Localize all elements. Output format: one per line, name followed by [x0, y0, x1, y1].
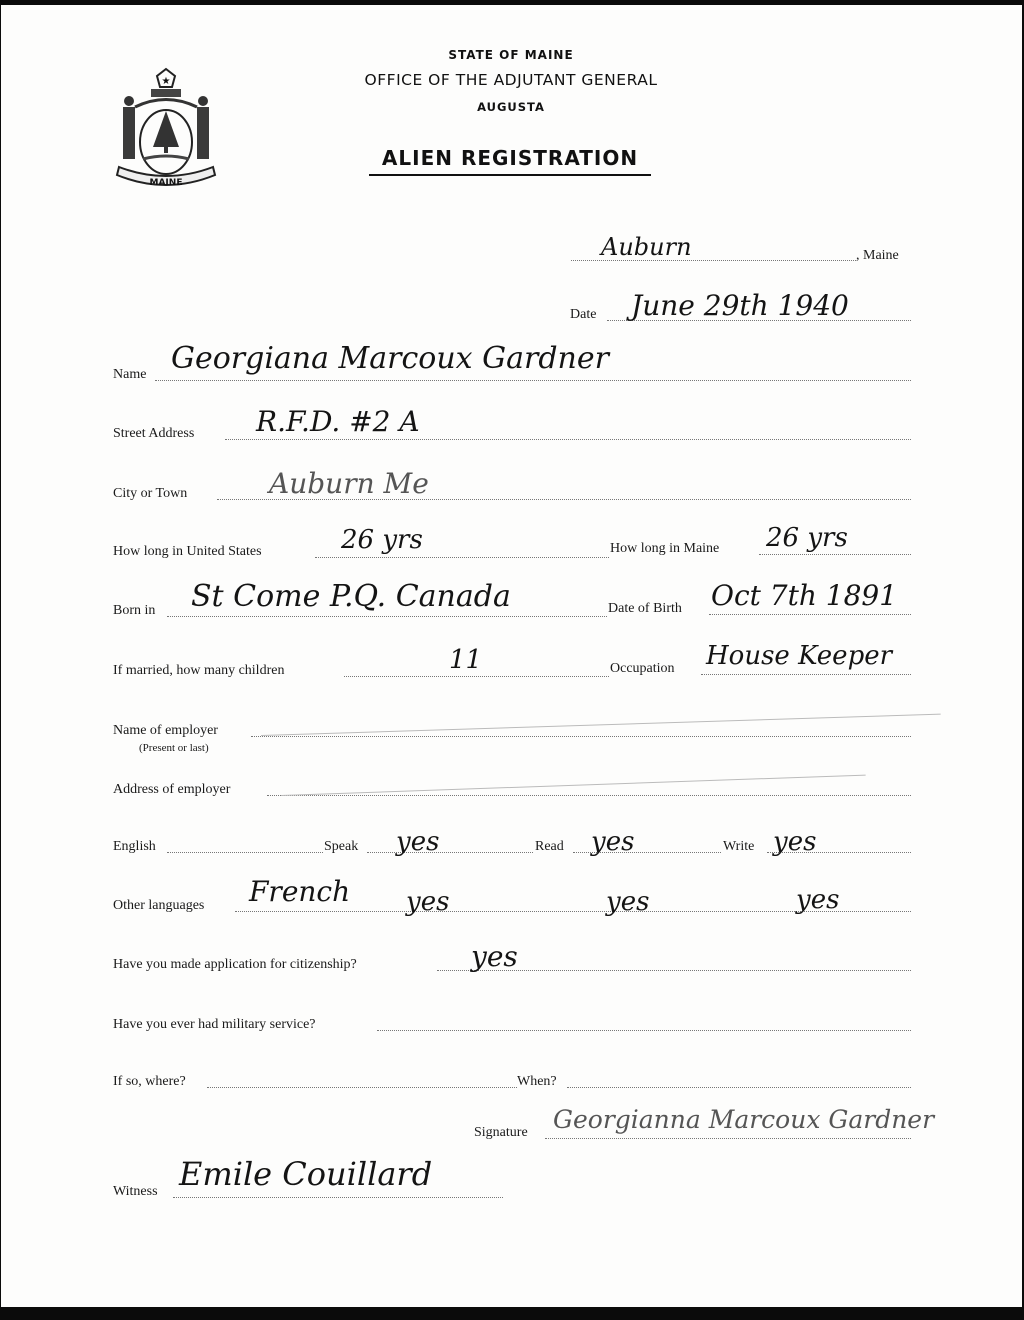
children-line [344, 676, 609, 677]
city-value[interactable]: Auburn Me [269, 467, 429, 500]
children-value[interactable]: 11 [449, 645, 482, 675]
how-long-us-label: How long in United States [113, 544, 262, 560]
english-read-label: Read [535, 839, 564, 855]
born-in-label: Born in [113, 603, 155, 619]
employer-address-label: Address of employer [113, 782, 230, 798]
signature-label: Signature [474, 1125, 528, 1141]
other-languages-language[interactable]: French [249, 875, 350, 908]
name-line [155, 380, 911, 381]
date-value[interactable]: June 29th 1940 [631, 289, 849, 322]
maine-state-seal-icon: ★ MAINE [113, 67, 219, 197]
english-label: English [113, 839, 156, 855]
other-languages-read[interactable]: yes [606, 887, 649, 917]
born-in-line [167, 616, 607, 617]
street-address-value[interactable]: R.F.D. #2 A [256, 405, 420, 438]
date-of-birth-line [709, 614, 911, 615]
other-languages-speak[interactable]: yes [406, 887, 449, 917]
street-address-line [225, 439, 911, 440]
header-office: OFFICE OF THE ADJUTANT GENERAL [341, 71, 681, 89]
other-languages-label: Other languages [113, 898, 204, 914]
military-service-line [377, 1030, 911, 1031]
form-title: ALIEN REGISTRATION [369, 146, 651, 176]
english-speak-label: Speak [324, 839, 358, 855]
date-label: Date [570, 307, 596, 323]
how-long-us-value[interactable]: 26 yrs [341, 525, 423, 555]
occupation-line [701, 674, 911, 675]
citizenship-value[interactable]: yes [471, 940, 518, 973]
employer-address-line [267, 795, 911, 796]
document-page: ★ MAINE STATE OF MAINE OFFICE OF THE ADJ… [1, 5, 1022, 1307]
name-label: Name [113, 367, 146, 383]
witness-label: Witness [113, 1184, 158, 1200]
city-label: City or Town [113, 486, 187, 502]
date-of-birth-value[interactable]: Oct 7th 1891 [711, 579, 897, 612]
header-city: AUGUSTA [341, 100, 681, 114]
how-long-maine-line [759, 554, 911, 555]
how-long-maine-value[interactable]: 26 yrs [766, 523, 848, 553]
date-of-birth-label: Date of Birth [608, 601, 682, 617]
citizenship-label: Have you made application for citizenshi… [113, 957, 357, 973]
occupation-value[interactable]: House Keeper [706, 641, 892, 671]
svg-text:MAINE: MAINE [150, 178, 183, 188]
street-address-label: Street Address [113, 426, 194, 442]
english-speak-line [367, 852, 533, 853]
english-write-label: Write [723, 839, 754, 855]
children-label: If married, how many children [113, 663, 284, 679]
military-service-label: Have you ever had military service? [113, 1017, 316, 1033]
name-value[interactable]: Georgiana Marcoux Gardner [171, 341, 609, 376]
how-long-maine-label: How long in Maine [610, 541, 719, 557]
employer-name-dash-stroke [261, 714, 941, 736]
header-state: STATE OF MAINE [341, 48, 681, 62]
employer-name-label: Name of employer [113, 723, 218, 739]
signature-value[interactable]: Georgianna Marcoux Gardner [553, 1105, 934, 1134]
signature-line [545, 1138, 911, 1139]
english-write-value[interactable]: yes [773, 827, 816, 857]
english-speak-value[interactable]: yes [396, 827, 439, 857]
employer-name-line [251, 736, 911, 737]
place-value[interactable]: Auburn [601, 233, 692, 261]
witness-value[interactable]: Emile Couillard [179, 1155, 432, 1193]
svg-text:★: ★ [162, 76, 171, 87]
witness-line [173, 1197, 503, 1198]
where-line [207, 1087, 517, 1088]
employer-name-sublabel: (Present or last) [139, 742, 209, 754]
english-line [167, 852, 323, 853]
occupation-label: Occupation [610, 661, 675, 677]
other-languages-write[interactable]: yes [796, 885, 839, 915]
how-long-us-line [315, 557, 609, 558]
when-label: When? [517, 1074, 557, 1090]
where-label: If so, where? [113, 1074, 186, 1090]
born-in-value[interactable]: St Come P.Q. Canada [191, 579, 511, 614]
employer-address-dash-stroke [281, 775, 866, 796]
when-line [567, 1087, 911, 1088]
place-suffix: , Maine [856, 248, 899, 264]
english-read-value[interactable]: yes [591, 827, 634, 857]
